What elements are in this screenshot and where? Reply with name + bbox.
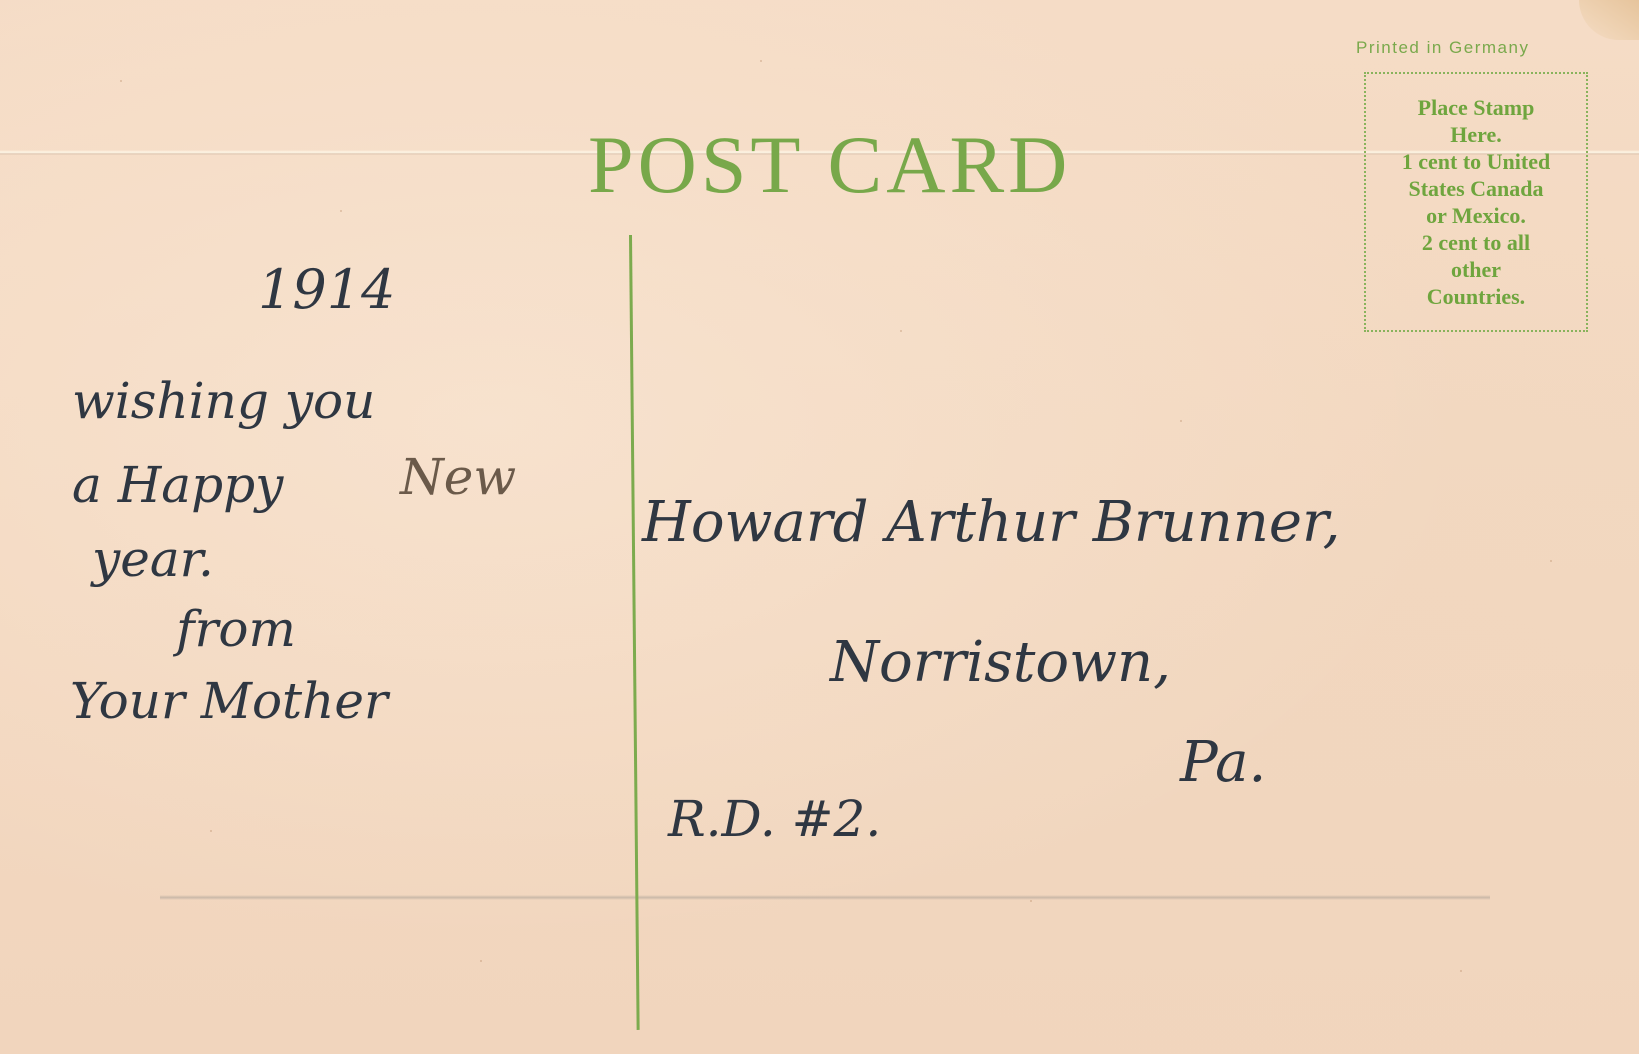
paper-speck [760,60,762,62]
message-signature: Your Mother [70,672,388,730]
postcard-back: POST CARD Printed in Germany Place Stamp… [0,0,1639,1054]
crease-line-bottom [160,895,1490,900]
postcard-title: POST CARD [588,118,1071,212]
address-city: Norristown, [830,630,1171,695]
paper-speck [900,330,902,332]
address-route: R.D. #2. [668,790,881,848]
center-divider-line [629,235,640,1030]
message-year: 1914 [258,258,395,321]
stamp-line: Countries. [1427,283,1525,310]
paper-speck [210,830,212,832]
stamp-line: 2 cent to all [1422,229,1530,256]
message-line-3: year. [92,530,214,588]
stamp-line: 1 cent to United [1402,148,1550,175]
message-line-2a: a Happy [72,456,283,514]
message-line-2b: New [400,448,516,506]
address-name: Howard Arthur Brunner, [642,490,1340,555]
stamp-line: or Mexico. [1426,202,1526,229]
stamp-line: Place Stamp [1418,94,1535,121]
paper-speck [340,210,342,212]
paper-speck [120,80,122,82]
paper-speck [1180,420,1182,422]
paper-speck [1030,900,1032,902]
message-line-1: wishing you [72,372,375,430]
stamp-line: other [1451,256,1501,283]
paper-speck [1550,560,1552,562]
paper-speck [1460,970,1462,972]
worn-corner [1579,0,1639,40]
address-state: Pa. [1180,730,1266,795]
stamp-line: Here. [1450,121,1502,148]
stamp-box: Place Stamp Here. 1 cent to United State… [1364,72,1588,332]
paper-speck [480,960,482,962]
message-line-4: from [176,600,296,658]
printed-in-label: Printed in Germany [1356,38,1529,58]
stamp-line: States Canada [1408,175,1543,202]
